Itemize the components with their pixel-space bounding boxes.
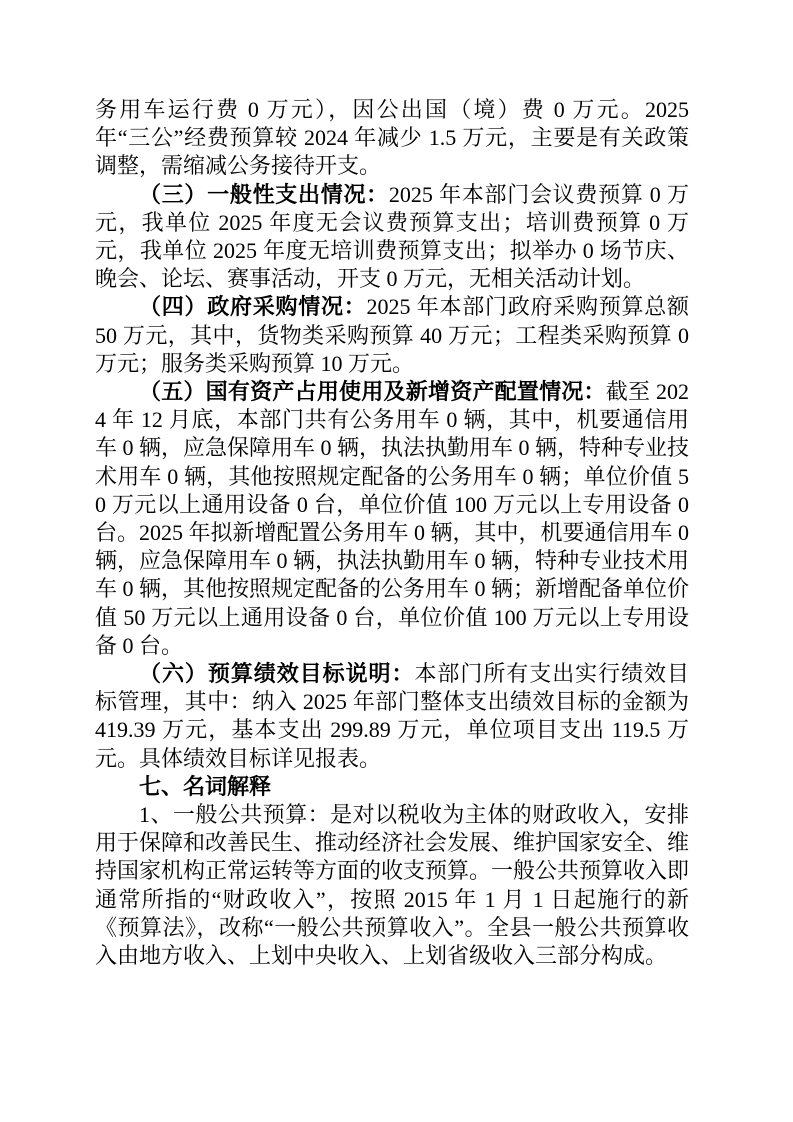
heading-glossary: 七、名词解释 xyxy=(95,773,689,801)
paragraph-government-procurement: （四）政府采购情况：2025 年本部门政府采购预算总额 50 万元，其中，货物类… xyxy=(95,293,689,378)
heading-text: 七、名词解释 xyxy=(139,774,271,799)
paragraph-performance-targets: （六）预算绩效目标说明：本部门所有支出实行绩效目标管理，其中：纳入 2025 年… xyxy=(95,660,689,773)
section-label-six: （六）预算绩效目标说明： xyxy=(139,661,414,686)
paragraph-general-expenditure: （三）一般性支出情况：2025 年本部门会议费预算 0 万元，我单位 2025 … xyxy=(95,181,689,294)
paragraph-state-assets: （五）国有资产占用使用及新增资产配置情况：截至 2024 年 12 月底，本部门… xyxy=(95,378,689,660)
section-label-three: （三）一般性支出情况： xyxy=(139,182,389,207)
document-content: 务用车运行费 0 万元），因公出国（境）费 0 万元。2025 年“三公”经费预… xyxy=(95,96,689,970)
paragraph-three-public-funds-continuation: 务用车运行费 0 万元），因公出国（境）费 0 万元。2025 年“三公”经费预… xyxy=(95,96,689,181)
section-label-five: （五）国有资产占用使用及新增资产配置情况： xyxy=(139,379,606,404)
paragraph-general-public-budget-definition: 1、一般公共预算：是对以税收为主体的财政收入，安排用于保障和改善民生、推动经济社… xyxy=(95,801,689,970)
body-text: 务用车运行费 0 万元），因公出国（境）费 0 万元。2025 年“三公”经费预… xyxy=(95,97,689,178)
body-text: 截至 2024 年 12 月底，本部门共有公务用车 0 辆，其中，机要通信用车 … xyxy=(95,379,689,658)
document-page: 务用车运行费 0 万元），因公出国（境）费 0 万元。2025 年“三公”经费预… xyxy=(0,0,793,1122)
section-label-four: （四）政府采购情况： xyxy=(139,294,367,319)
body-text: 1、一般公共预算：是对以税收为主体的财政收入，安排用于保障和改善民生、推动经济社… xyxy=(95,802,689,968)
